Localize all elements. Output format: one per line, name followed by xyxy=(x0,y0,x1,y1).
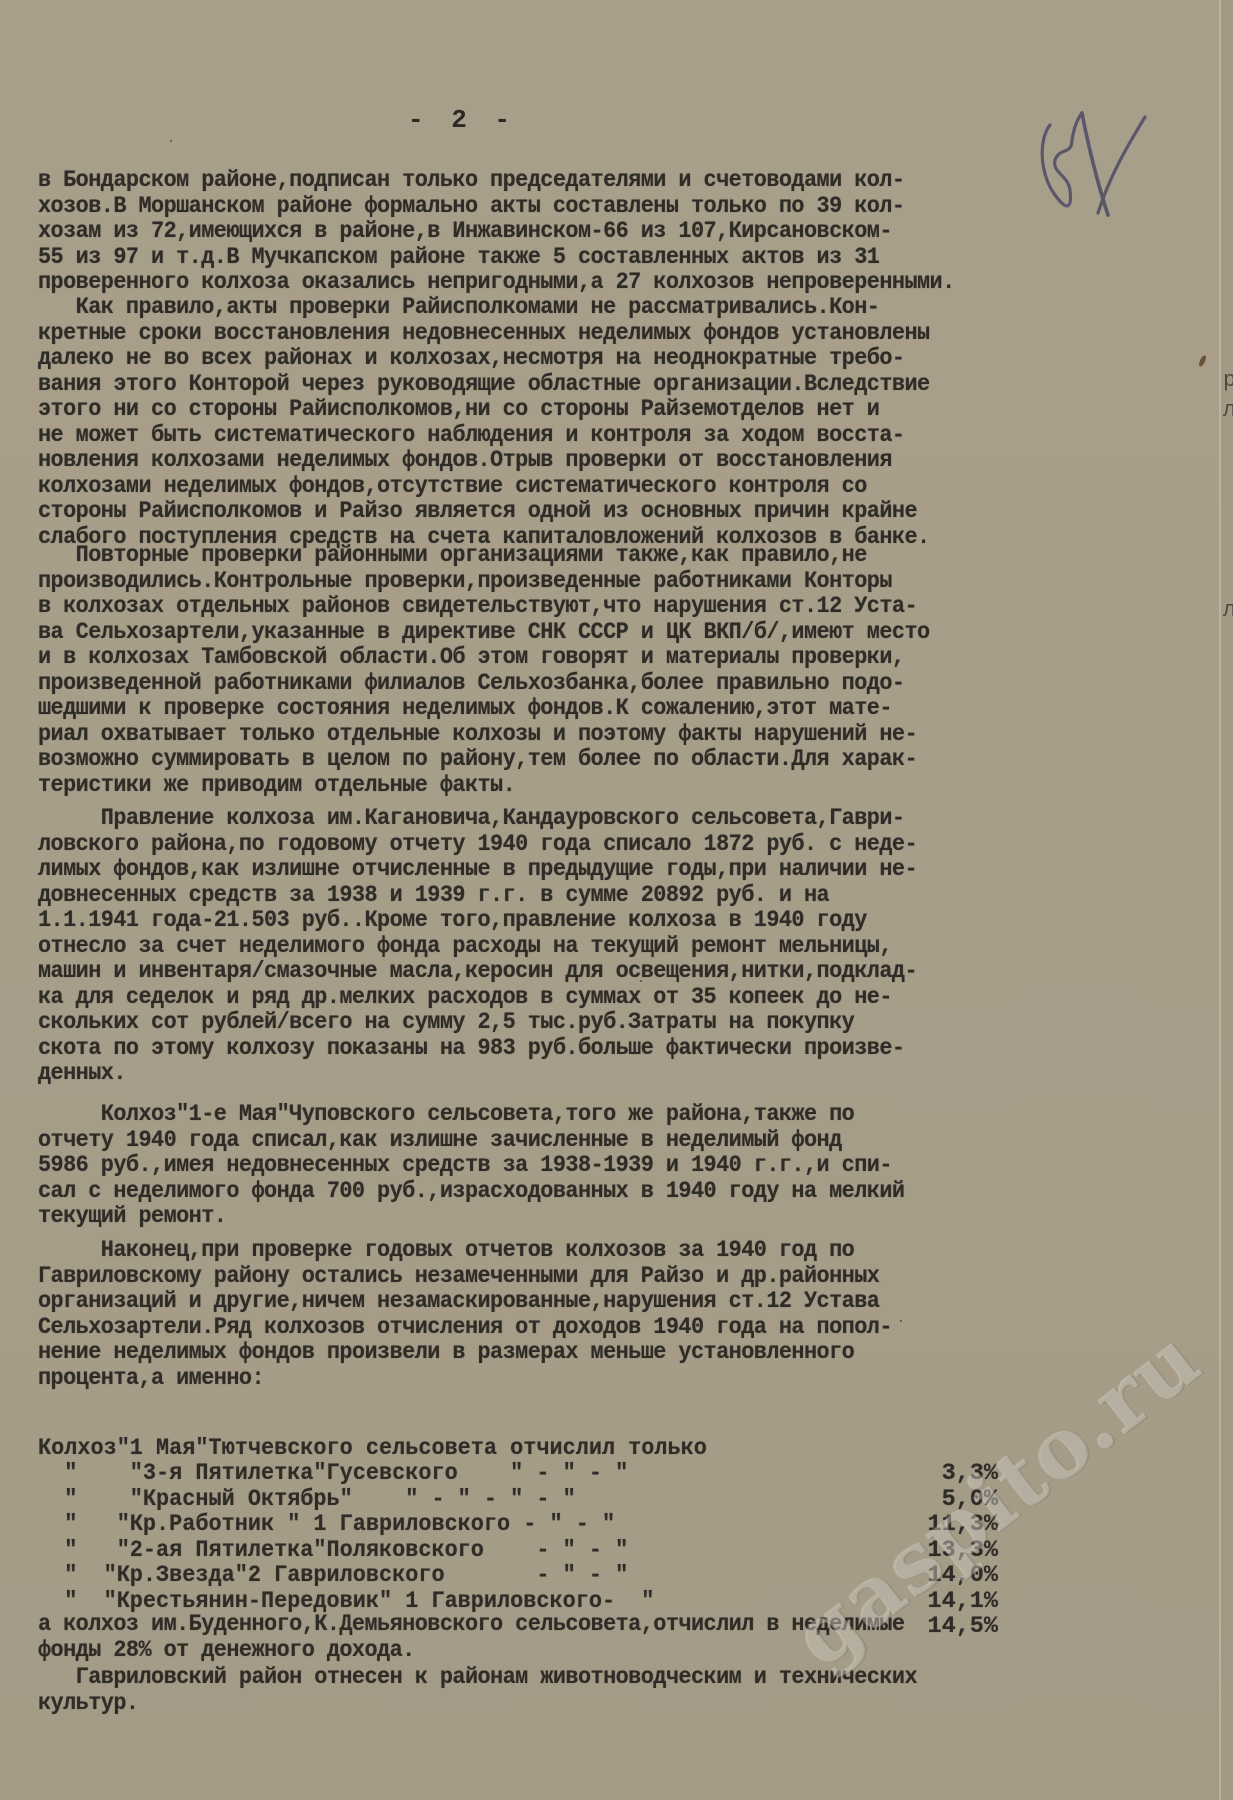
text-line: нение неделимых фондов произвели в разме… xyxy=(38,1340,1126,1366)
deductions-table: Колхоз"1 Мая"Тютчевского сельсовета отчи… xyxy=(38,1410,1208,1589)
next-page-glyph: л xyxy=(1223,598,1233,623)
text-line: стороны Райисполкомов и Райзо является о… xyxy=(38,499,1126,525)
table-row: " "Кр.Звезда"2 Гавриловского - " - " 14,… xyxy=(38,1538,1208,1564)
text-line: Колхоз"1-е Мая"Чуповского сельсовета,тог… xyxy=(38,1102,1126,1128)
text-line: текущий ремонт. xyxy=(38,1204,1126,1230)
text-line: риал охватывает только отдельные колхозы… xyxy=(38,722,1126,748)
text-line: фонды 28% от денежного дохода. xyxy=(38,1638,1126,1664)
text-line: Повторные проверки районными организация… xyxy=(38,543,1126,569)
paragraph-3: Повторные проверки районными организация… xyxy=(38,543,1208,798)
text-line: далеко не во всех районах и колхозах,нес… xyxy=(38,346,1126,372)
text-line: не может быть систематического наблюдени… xyxy=(38,423,1126,449)
text-line: Гавриловский район отнесен к районам жив… xyxy=(38,1665,1126,1691)
next-page-edge: р л л xyxy=(1221,0,1233,1800)
paragraph-6: Наконец,при проверке годовых отчетов кол… xyxy=(38,1238,1208,1391)
paragraph-4: Правление колхоза им.Кагановича,Кандауро… xyxy=(38,806,1208,1087)
text-line: культур. xyxy=(38,1691,1126,1717)
paper-speck xyxy=(900,1320,902,1322)
text-line: в Бондарском районе,подписан только пред… xyxy=(38,168,1126,194)
text-line: производились.Контрольные проверки,произ… xyxy=(38,569,1126,595)
text-line: а колхоз им.Буденного,К.Демьяновского се… xyxy=(38,1612,1126,1638)
text-line: Наконец,при проверке годовых отчетов кол… xyxy=(38,1238,1126,1264)
closing-paragraph-1: а колхоз им.Буденного,К.Демьяновского се… xyxy=(38,1612,1208,1663)
text-line: сал с неделимого фонда 700 руб.,израсход… xyxy=(38,1179,1126,1205)
text-line: новления колхозами неделимых фондов.Отры… xyxy=(38,448,1126,474)
text-line: теристики же приводим отдельные факты. xyxy=(38,773,1126,799)
text-line: и в колхозах Тамбовской области.Об этом … xyxy=(38,645,1126,671)
text-line: 5986 руб.,имея недовнесенных средств за … xyxy=(38,1153,1126,1179)
text-line: 1.1.1941 года-21.503 руб..Кроме того,пра… xyxy=(38,908,1126,934)
table-row: Колхоз"1 Мая"Тютчевского сельсовета отчи… xyxy=(38,1410,1208,1436)
text-line: процента,а именно: xyxy=(38,1366,1126,1392)
table-row: " "Крестьянин-Передовик" 1 Гавриловского… xyxy=(38,1563,1208,1589)
text-line: денных. xyxy=(38,1061,1126,1087)
text-line: лимых фондов,как излишне отчисленные в п… xyxy=(38,857,1126,883)
text-line: вания этого Конторой через руководящие о… xyxy=(38,372,1126,398)
text-line: ловского района,по годовому отчету 1940 … xyxy=(38,832,1126,858)
text-line: колхозами неделимых фондов,отсутствие си… xyxy=(38,474,1126,500)
paragraph-5: Колхоз"1-е Мая"Чуповского сельсовета,тог… xyxy=(38,1102,1208,1230)
text-line: Правление колхоза им.Кагановича,Кандауро… xyxy=(38,806,1126,832)
table-row: " "Кр.Работник " 1 Гавриловского - " - "… xyxy=(38,1487,1208,1513)
text-line: проверенного колхоза оказались непригодн… xyxy=(38,270,1126,296)
text-line: в колхозах отдельных районов свидетельст… xyxy=(38,594,1126,620)
closing-paragraph-2: Гавриловский район отнесен к районам жив… xyxy=(38,1665,1208,1716)
text-line: возможно суммировать в целом по району,т… xyxy=(38,747,1126,773)
text-line: Сельхозартели.Ряд колхозов отчисления от… xyxy=(38,1315,1126,1341)
table-row: " "3-я Пятилетка"Гусевского " - " - " 5,… xyxy=(38,1436,1208,1462)
text-line: скота по этому колхозу показаны на 983 р… xyxy=(38,1036,1126,1062)
next-page-glyph: л xyxy=(1223,398,1233,423)
text-line: хозов.В Моршанском районе формально акты… xyxy=(38,194,1126,220)
text-line: кретные сроки восстановления недовнесенн… xyxy=(38,321,1126,347)
text-line: скольких сот рублей/всего на сумму 2,5 т… xyxy=(38,1010,1126,1036)
paragraph-2: Как правило,акты проверки Райисполкомами… xyxy=(38,295,1208,550)
text-line: 55 из 97 и т.д.В Мучкапском районе также… xyxy=(38,245,1126,271)
paragraph-1: в Бондарском районе,подписан только пред… xyxy=(38,168,1208,296)
text-line: хозам из 72,имеющихся в районе,в Инжавин… xyxy=(38,219,1126,245)
table-row: " "2-ая Пятилетка"Поляковского - " - " 1… xyxy=(38,1512,1208,1538)
text-line: Гавриловскому району остались незамеченн… xyxy=(38,1264,1126,1290)
paper-speck xyxy=(170,140,172,142)
paper-speck xyxy=(640,980,642,982)
text-line: шедшими к проверке состояния неделимых ф… xyxy=(38,696,1126,722)
text-line: организаций и другие,ничем незамаскирова… xyxy=(38,1289,1126,1315)
text-line: ка для седелок и ряд др.мелких расходов … xyxy=(38,985,1126,1011)
text-line: произведенной работниками филиалов Сельх… xyxy=(38,671,1126,697)
next-page-glyph: р xyxy=(1223,368,1233,393)
text-line: Как правило,акты проверки Райисполкомами… xyxy=(38,295,1126,321)
text-line: довнесенных средств за 1938 и 1939 г.г. … xyxy=(38,883,1126,909)
table-row: " "Красный Октябрь" " - " - " - " 11,3% xyxy=(38,1461,1208,1487)
text-line: отнесло за счет неделимого фонда расходы… xyxy=(38,934,1126,960)
text-line: ва Сельхозартели,указанные в директиве С… xyxy=(38,620,1126,646)
text-line: отчету 1940 года списал,как излишне зачи… xyxy=(38,1128,1126,1154)
text-line: машин и инвентаря/смазочные масла,кероси… xyxy=(38,959,1126,985)
text-line: этого ни со стороны Райисполкомов,ни со … xyxy=(38,397,1126,423)
document-page: - 2 - в Бондарском районе,подписан тольк… xyxy=(0,0,1220,1800)
page-number: - 2 - xyxy=(408,105,516,135)
